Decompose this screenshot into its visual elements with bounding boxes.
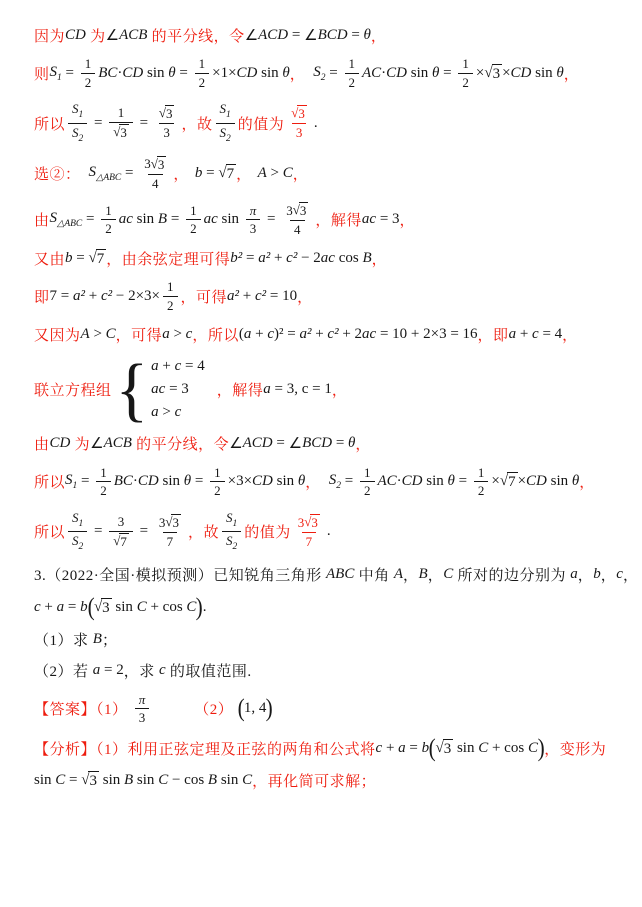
- subscripted-symbol: S2: [220, 125, 231, 145]
- math-text: ×: [491, 473, 499, 490]
- big-paren: ): [196, 595, 203, 620]
- math-variable: BCD: [302, 435, 332, 452]
- math-text: 3: [250, 221, 257, 237]
- text-run: ，故: [181, 113, 212, 134]
- math-variable: c²: [327, 326, 338, 343]
- math-text: 2: [100, 483, 107, 499]
- sqrt-expression: √3: [293, 202, 309, 219]
- math-text: sin: [133, 772, 158, 789]
- fraction: 12: [345, 56, 360, 90]
- math-variable: C: [283, 165, 293, 182]
- math-text: =: [439, 65, 455, 82]
- math-text: =: [77, 473, 93, 490]
- math-variable: A: [394, 566, 403, 583]
- fraction: 12: [360, 465, 375, 499]
- text-run: 由: [34, 209, 50, 230]
- math-variable: ACB: [104, 435, 132, 452]
- math-text: sin: [531, 65, 556, 82]
- math-text: =: [288, 27, 304, 44]
- subscript-text: 2: [233, 542, 238, 552]
- math-variable: C: [528, 740, 538, 757]
- text-run: 因为: [34, 25, 65, 46]
- math-text: − 2×3×: [112, 288, 160, 305]
- math-text: =: [202, 165, 218, 182]
- math-variable: π: [250, 203, 257, 219]
- numerator: π: [246, 203, 261, 220]
- radicand: 3: [310, 514, 320, 531]
- text-run: ，: [579, 471, 595, 492]
- math-variable: a²: [227, 288, 239, 305]
- text-run: ，: [601, 564, 617, 585]
- fraction: π3: [135, 692, 150, 726]
- math-variable: B: [362, 250, 371, 267]
- sqrt-expression: √3: [304, 514, 320, 531]
- math-variable: a²: [73, 288, 85, 305]
- solution-line-10: 由CD 为∠ACB 的平分线，令∠ACD = ∠BCD = θ，: [34, 433, 630, 455]
- text-run: 又由: [34, 248, 65, 269]
- radicand: 3: [492, 64, 503, 83]
- subscripted-symbol: S2: [72, 125, 83, 145]
- math-variable: ACB: [119, 27, 147, 44]
- denominator: S2: [68, 123, 87, 145]
- math-text: sin: [143, 65, 168, 82]
- numerator: 1: [345, 56, 360, 73]
- math-variable: a: [398, 740, 406, 757]
- math-variable: CD: [252, 473, 273, 490]
- denominator: 2: [195, 73, 210, 91]
- solution-line-11: 所以S1 = 12BC·CD sin θ = 12×3×CD sin θ，S2 …: [34, 464, 630, 500]
- sqrt-expression: √3: [159, 105, 175, 122]
- math-variable: a: [570, 566, 578, 583]
- math-text: =: [455, 473, 471, 490]
- math-text: >: [159, 404, 175, 421]
- denominator: 4: [290, 220, 305, 238]
- text-run: ，: [293, 163, 309, 184]
- math-variable: C: [242, 772, 252, 789]
- denominator: 2: [360, 481, 375, 499]
- subscripted-symbol: S1: [72, 510, 83, 530]
- fraction: 12: [186, 203, 201, 237]
- radicand: 3: [299, 202, 309, 219]
- analysis-line-1: 【分析】（1）利用正弦定理及正弦的两角和公式将c + a = b(√3 sin …: [34, 736, 630, 761]
- radicand: 7: [507, 472, 518, 491]
- math-text: =: [136, 115, 152, 132]
- math-text: .: [327, 523, 331, 540]
- math-variable: CD: [122, 65, 143, 82]
- math-text: ∠: [90, 434, 103, 453]
- math-text: cos: [335, 250, 363, 267]
- solution-line-8: 又因为A > C，可得a > c，所以(a + c)² = a² + c² + …: [34, 324, 630, 346]
- solution-line-7: 即7 = a² + c² − 2×3×12，可得a² + c² = 10，: [34, 278, 630, 314]
- math-variable: ac: [321, 250, 335, 267]
- sqrt-expression: √3: [165, 514, 181, 531]
- math-variable: θ: [556, 65, 563, 82]
- math-text: =: [341, 473, 357, 490]
- radicand: 3: [165, 105, 175, 122]
- system-row: a + c = 4: [151, 355, 205, 378]
- text-run: 选②：: [34, 163, 81, 184]
- math-variable: CD: [386, 65, 407, 82]
- fraction: S1S2: [68, 510, 87, 554]
- math-text: ×: [476, 65, 484, 82]
- math-text: +: [251, 326, 267, 343]
- numerator: 3√3: [294, 514, 324, 532]
- subscript-text: 2: [226, 134, 231, 144]
- math-variable: c²: [255, 288, 266, 305]
- math-variable: θ: [184, 473, 191, 490]
- denominator: 2: [345, 73, 360, 91]
- math-text: .: [314, 115, 318, 132]
- text-run: 的值为: [244, 521, 291, 542]
- math-text: +: [311, 326, 327, 343]
- numerator: √3: [155, 105, 179, 123]
- big-paren: (: [87, 595, 94, 620]
- fraction: 12: [474, 465, 489, 499]
- math-text: ∠: [245, 26, 258, 45]
- text-run: ，: [236, 163, 252, 184]
- subscript-text: 2: [79, 542, 84, 552]
- math-variable: ACD: [243, 435, 273, 452]
- radicand: 3: [297, 105, 307, 122]
- math-text: 2: [85, 75, 92, 91]
- solution-line-4: 选②：S△ABC = 3√34，b = √7，A > C，: [34, 155, 630, 192]
- math-variable: B: [419, 566, 428, 583]
- denominator: √7: [109, 531, 133, 550]
- math-text: − cos: [168, 772, 208, 789]
- math-variable: ac: [362, 326, 376, 343]
- subscript-text: 2: [79, 134, 84, 144]
- solution-line-3: 所以S1S2 = 1√3 = √33，故S1S2的值为√33.: [34, 100, 630, 146]
- math-text: =: [273, 435, 289, 452]
- math-text: 1: [167, 279, 174, 295]
- denominator: 2: [474, 481, 489, 499]
- math-variable: B: [124, 772, 133, 789]
- math-text: 2: [349, 75, 356, 91]
- text-run: ，: [578, 564, 594, 585]
- numerator: 3√3: [140, 156, 170, 174]
- math-text: =: [348, 27, 364, 44]
- math-variable: a: [263, 381, 271, 398]
- math-text: +: [516, 326, 532, 343]
- denominator: √3: [109, 122, 133, 141]
- fraction: 12: [195, 56, 210, 90]
- text-run: 的值为: [238, 113, 285, 134]
- math-text: )² =: [274, 326, 299, 343]
- system-row: ac = 3: [151, 378, 205, 401]
- math-text: sin: [547, 473, 572, 490]
- math-text: sin: [159, 473, 184, 490]
- radicand: 7: [119, 533, 129, 550]
- math-text: 3: [139, 710, 146, 726]
- subscript-base: S: [50, 64, 58, 80]
- math-variable: b: [80, 599, 88, 616]
- denominator: 3: [246, 219, 261, 237]
- subscripted-symbol: S2: [329, 472, 341, 491]
- fraction: 12: [163, 279, 178, 313]
- text-run: ，可得: [116, 324, 163, 345]
- math-variable: CD: [138, 473, 159, 490]
- math-variable: b: [65, 250, 73, 267]
- text-run: 的取值范围.: [166, 660, 252, 681]
- fraction: √33: [155, 105, 179, 140]
- text-run: 【分析】（1）利用正弦定理及正弦的两角和公式将: [34, 738, 376, 759]
- denominator: 2: [101, 219, 116, 237]
- math-variable: a: [151, 404, 159, 421]
- sqrt-expression: √7: [88, 249, 106, 268]
- text-run: ，解得: [315, 209, 362, 230]
- math-variable: θ: [282, 65, 289, 82]
- math-variable: CD: [511, 65, 532, 82]
- math-text: 4: [152, 176, 159, 192]
- math-text: =: [167, 211, 183, 228]
- text-run: （2）若: [34, 660, 93, 681]
- denominator: 2: [163, 296, 178, 314]
- math-variable: b: [593, 566, 601, 583]
- math-text: 1: [478, 465, 485, 481]
- math-text: 7 =: [50, 288, 73, 305]
- numerator: 1: [101, 203, 116, 220]
- math-text: 1: [462, 56, 469, 72]
- math-text: >: [267, 165, 283, 182]
- math-text: 2: [167, 298, 174, 314]
- math-variable: CD: [526, 473, 547, 490]
- math-text: +: [382, 740, 398, 757]
- text-run: 为: [70, 433, 90, 454]
- math-variable: ac: [362, 211, 376, 228]
- math-variable: c: [159, 662, 166, 679]
- solution-line-6: 又由b = √7，由余弦定理可得b² = a² + c² − 2ac cos B…: [34, 247, 630, 269]
- denominator: S2: [222, 531, 241, 553]
- text-run: 3.（2022·全国·模拟预测）已知锐角三角形: [34, 564, 326, 585]
- text-run: 的平分线，令: [132, 433, 229, 454]
- text-run: ；: [102, 629, 118, 650]
- subscripted-symbol: S2: [72, 533, 83, 553]
- solution-line-5: 由S△ABC = 12ac sin B = 12ac sin π3 = 3√34…: [34, 201, 630, 238]
- subscripted-symbol: S1: [226, 510, 237, 530]
- sqrt-expression: √3: [151, 156, 167, 173]
- math-text: 2: [105, 221, 112, 237]
- math-text: ∠: [106, 26, 119, 45]
- math-text: 1: [199, 56, 206, 72]
- math-text: ×: [502, 65, 510, 82]
- math-text: =: [90, 523, 106, 540]
- numerator: √3: [287, 105, 311, 123]
- subscripted-symbol: S△ABC: [50, 210, 83, 229]
- math-text: ×: [518, 473, 526, 490]
- subscript-text: 1: [79, 110, 84, 120]
- text-run: （1）求: [34, 629, 93, 650]
- text-run: ，即: [478, 324, 509, 345]
- math-text: = 4: [539, 326, 562, 343]
- sqrt-expression: √3: [435, 739, 453, 758]
- math-text: sin: [407, 65, 432, 82]
- math-text: sin: [273, 473, 298, 490]
- math-variable: a: [162, 326, 170, 343]
- math-text: = 3: [165, 381, 188, 398]
- sqrt-expression: √7: [500, 472, 518, 491]
- fraction: 3√34: [140, 156, 170, 191]
- math-variable: a²: [299, 326, 311, 343]
- fraction: 3√7: [109, 514, 133, 549]
- math-text: =: [121, 165, 137, 182]
- left-brace-icon: {: [116, 355, 149, 423]
- big-paren: ): [266, 696, 273, 721]
- math-variable: AC: [378, 473, 397, 490]
- text-run: ，: [290, 63, 306, 84]
- math-text: +: [41, 599, 57, 616]
- math-variable: CD: [237, 65, 258, 82]
- big-paren: ): [538, 736, 545, 761]
- math-variable: A: [258, 165, 267, 182]
- radicand: 3: [443, 739, 454, 758]
- math-text: = 2: [100, 662, 123, 679]
- subscripted-symbol: S2: [313, 64, 325, 83]
- fraction: 1√3: [109, 105, 133, 140]
- radicand: 3: [119, 124, 129, 141]
- text-run: ，再化简可求解；: [252, 770, 376, 791]
- text-run: ，由余弦定理可得: [106, 248, 230, 269]
- math-text: 2: [199, 75, 206, 91]
- text-run: ，求: [124, 660, 159, 681]
- fraction: 3√37: [155, 514, 185, 549]
- math-variable: a: [93, 662, 101, 679]
- math-variable: CD: [65, 27, 86, 44]
- math-variable: ac: [119, 211, 133, 228]
- math-variable: AC: [362, 65, 381, 82]
- math-text: =: [90, 115, 106, 132]
- math-text: ∠: [304, 26, 317, 45]
- math-text: sin: [34, 772, 55, 789]
- text-run: 联立方程组: [34, 379, 112, 400]
- solution-line-1: 因为CD 为∠ACB 的平分线，令∠ACD = ∠BCD = θ，: [34, 24, 630, 46]
- big-paren: (: [429, 736, 436, 761]
- fraction: S1S2: [68, 101, 87, 145]
- denominator: S2: [68, 531, 87, 553]
- text-run: ，: [173, 163, 189, 184]
- text-run: ，变形为: [544, 738, 606, 759]
- subscript-text: △ABC: [57, 219, 82, 229]
- text-run: （2）: [194, 698, 237, 719]
- subscripted-symbol: S1: [72, 101, 83, 121]
- math-variable: c: [175, 404, 182, 421]
- math-text: + cos: [488, 740, 528, 757]
- solution-line-9: 联立方程组{a + c = 4ac = 3a > c，解得a = 3, c = …: [34, 355, 630, 424]
- math-text: 1: [85, 56, 92, 72]
- math-text: = 4: [181, 358, 204, 375]
- text-run: ，: [372, 248, 388, 269]
- numerator: 1: [458, 56, 473, 73]
- fraction: 12: [101, 203, 116, 237]
- math-text: +: [239, 288, 255, 305]
- math-text: sin: [423, 473, 448, 490]
- sqrt-expression: √3: [113, 124, 129, 141]
- math-text: sin: [218, 211, 243, 228]
- radicand: 3: [88, 771, 99, 790]
- math-variable: C: [158, 772, 168, 789]
- fraction: 12: [81, 56, 96, 90]
- fraction: √33: [287, 105, 311, 140]
- math-variable: C: [137, 599, 147, 616]
- subscript-base: S: [89, 164, 97, 180]
- math-variable: CD: [50, 435, 71, 452]
- math-variable: C: [478, 740, 488, 757]
- math-text: =: [326, 65, 342, 82]
- problem-3-statement: 3.（2022·全国·模拟预测）已知锐角三角形 ABC 中角 A，B，C 所对的…: [34, 564, 630, 586]
- math-text: =: [62, 65, 78, 82]
- math-variable: c: [616, 566, 623, 583]
- numerator: 3√3: [282, 202, 312, 220]
- problem-3-part-2: （2）若 a = 2，求 c 的取值范围.: [34, 660, 630, 682]
- numerator: 1: [360, 465, 375, 482]
- subscript-text: 1: [79, 519, 84, 529]
- math-text: +: [159, 358, 175, 375]
- text-run: 又因为: [34, 324, 81, 345]
- subscript-base: S: [313, 64, 321, 80]
- fraction: 3√34: [282, 202, 312, 237]
- math-text: =: [64, 599, 80, 616]
- math-text: +: [85, 288, 101, 305]
- problem-3-part-1: （1）求 B；: [34, 629, 630, 651]
- math-variable: θ: [572, 473, 579, 490]
- math-text: 7: [306, 534, 313, 550]
- math-text: 3: [296, 125, 303, 141]
- math-text: =: [65, 772, 81, 789]
- math-variable: B: [158, 211, 167, 228]
- subscripted-symbol: S1: [220, 101, 231, 121]
- numerator: 1: [114, 105, 129, 122]
- text-run: ，: [562, 324, 578, 345]
- radicand: 7: [226, 164, 237, 183]
- text-run: 中角: [354, 564, 394, 585]
- math-text: =: [332, 435, 348, 452]
- numerator: 1: [163, 279, 178, 296]
- math-variable: b: [195, 165, 203, 182]
- math-variable: c²: [101, 288, 112, 305]
- fraction: 3√37: [294, 514, 324, 549]
- denominator: S2: [216, 123, 235, 145]
- math-variable: c: [532, 326, 539, 343]
- math-text: 1: [214, 465, 221, 481]
- math-variable: B: [208, 772, 217, 789]
- text-run: ，所以: [192, 324, 239, 345]
- text-run: ，: [623, 564, 639, 585]
- math-text: =: [73, 250, 89, 267]
- fraction: S1S2: [216, 101, 235, 145]
- equation-system: {a + c = 4ac = 3a > c: [116, 355, 205, 424]
- denominator: 7: [302, 532, 317, 550]
- sqrt-expression: √3: [81, 771, 99, 790]
- text-run: ，解得: [217, 379, 264, 400]
- text-run: 为: [86, 25, 106, 46]
- text-run: ，: [371, 25, 387, 46]
- math-text: 1: [364, 465, 371, 481]
- math-variable: C: [106, 326, 116, 343]
- math-variable: A: [81, 326, 90, 343]
- math-variable: C: [443, 566, 453, 583]
- math-variable: a²: [258, 250, 270, 267]
- text-run: ，: [400, 209, 416, 230]
- numerator: 1: [96, 465, 111, 482]
- math-text: ×3×: [228, 473, 252, 490]
- fraction: 12: [96, 465, 111, 499]
- math-text: =: [136, 523, 152, 540]
- math-variable: θ: [348, 435, 355, 452]
- math-variable: θ: [432, 65, 439, 82]
- math-variable: BC: [98, 65, 117, 82]
- math-text: 1: [190, 203, 197, 219]
- numerator: S1: [68, 101, 87, 122]
- math-variable: a: [57, 599, 65, 616]
